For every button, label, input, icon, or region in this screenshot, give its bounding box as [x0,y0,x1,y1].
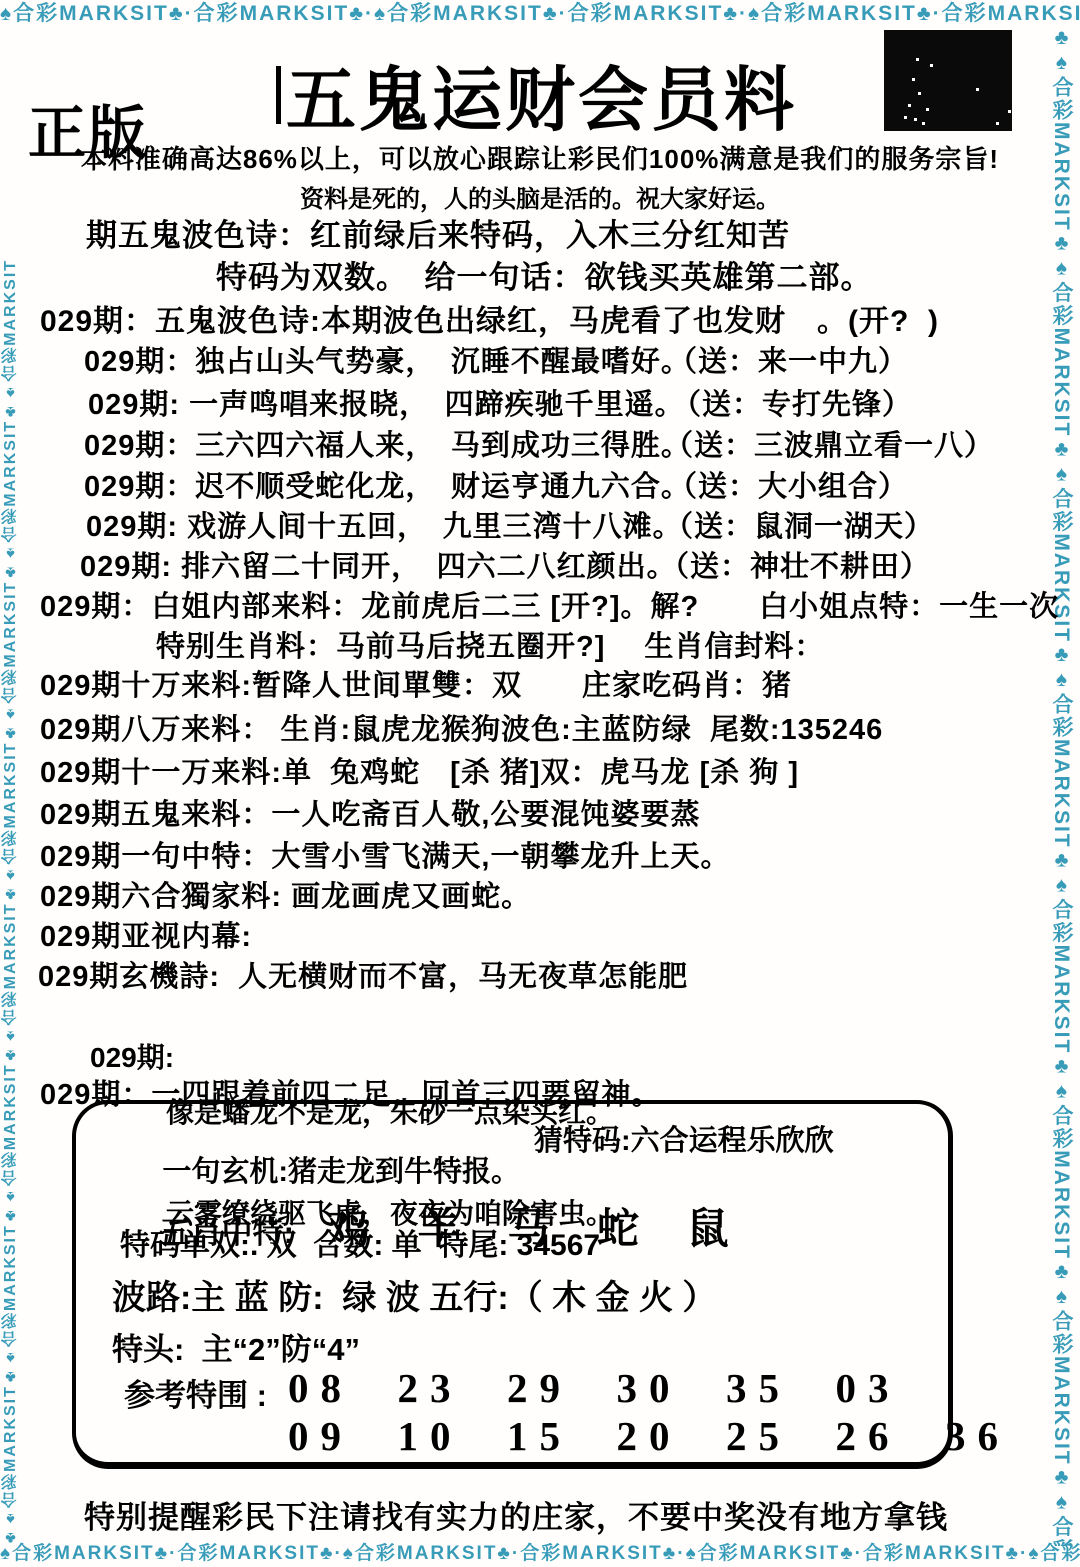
gift-note: （送：鼠洞一湖天） [664,504,934,545]
summary-box: 一句玄机:猪走龙到牛特报。 猜特码:六合运程乐欣欣 五肖中特:鸡 羊 马 蛇 鼠… [72,1100,953,1469]
gift-note: （送：神壮不耕田） [660,544,930,585]
tip-line-baijie: 029期：白姐内部来料：龙前虎后二三 [开?]。解? 白小姐点特：一生一次 [40,584,1059,625]
tip-line-yiju: 029期一句中特：大雪小雪飞满天,一朝攀龙升上天。 [40,834,730,875]
tip-line-verse-3: 029期：三六四六福人来， 马到成功三得胜。（送：三波鼎立看一八） [84,423,691,464]
tip-line-xuanji-poem: 029期玄機詩: 人无横财而不富，马无夜草怎能肥 [38,954,688,995]
danshuang-row: 特码单双:. 双 合数: 单 特尾: 34567 [120,1220,600,1264]
tip-line-verse-5: 029期: 戏游人间十五回， 九里三湾十八滩。（送：鼠洞一湖天） [86,504,683,545]
watermark-top-border: ♠合彩MARKSIT♣·合彩MARKSIT♣·♠合彩MARKSIT♣·合彩MAR… [0,0,1080,30]
tip-sheet-page: ♠合彩MARKSIT♣·合彩MARKSIT♣·♠合彩MARKSIT♣·合彩MAR… [0,0,1080,1567]
tip-line-wugui: 029期五鬼来料：一人吃斋百人敬,公要混饨婆要蒸 [40,792,700,833]
gift-note: （送：大小组合） [668,464,908,505]
tip-line-shengxiao: 特别生肖料：马前马后挠五圈开?] 生肖信封料： [156,624,824,665]
gift-note: （送：来一中九） [668,339,908,380]
watermark-left-border: ♣♠合彩MARKSIT♣♠合彩MARKSIT♣♠合彩MARKSIT♣♠合彩MAR… [0,26,24,1546]
tip-line-double: 特码为双数。 给一句话：欲钱买英雄第二部。 [216,252,873,297]
footer-warning: 特别提醒彩民下注请找有实力的庄家，不要中奖没有地方拿钱 [84,1492,948,1537]
tip-line-verse-1: 029期：独占山头气势豪， 沉睡不醒最嗜好。（送：来一中九） [84,339,691,380]
tip-line-yashi: 029期亚视内幕: [40,914,252,955]
tip-line-verse-4: 029期：迟不顺受蛇化龙， 财运亨通九六合。（送：大小组合） [84,464,691,505]
tip-line-verse-6: 029期: 排六留二十同开， 四六二八红颜出。（送：神壮不耕田） [80,544,677,585]
tewei-numbers-row1: 08 23 29 30 35 03 [288,1364,901,1412]
tewei-numbers-row2: 09 10 15 20 25 26 36 [288,1412,1010,1460]
watermark-bottom-border: ♠合彩MARKSIT♣·合彩MARKSIT♣·♠合彩MARKSIT♣·合彩MAR… [0,1542,1080,1567]
tetou-row: 特头: 主“2”防“4” [112,1324,360,1369]
tip-line-verse-2: 029期: 一声鸣唱来报晓， 四蹄疾驰千里遥。（送：专打先锋） [88,382,685,423]
bolu-row: 波路:主 蓝 防: 绿 波 五行:（ 木 金 火 ） [112,1270,716,1319]
black-ink-stamp [884,30,1012,131]
tip-line-shiwan: 029期十万来料:暂降人世间單雙：双 庄家吃码肖：猪 [40,663,792,704]
tip-line-shiyiwan: 029期十一万来料:单 兔鸡蛇 [杀 猪]双：虎马龙 [杀 狗 ] [40,750,799,791]
couplet-prefix: 029期: [90,1036,174,1076]
title-tick-mark [276,66,281,124]
tip-line-029-bose: 029期：五鬼波色诗:本期波色出绿红，马虎看了也发财 。(开? ) [40,296,939,340]
caitema-text: 猜特码:六合运程乐欣欣 [534,1118,834,1159]
tip-line-dujialiao: 029期六合獨家料: 画龙画虎又画蛇。 [40,874,531,915]
gift-note: （送：专打先锋） [672,382,912,423]
page-title: 五鬼运财会员料 [286,44,797,145]
motto-line: 资料是死的，人的头脑是活的。祝大家好运。 [0,179,1080,214]
accuracy-tagline: 本料准确高达86%以上，可以放心跟踪让彩民们100%满意是我们的服务宗旨! [0,139,1080,176]
gift-note: （送：三波鼎立看一八） [664,423,994,464]
watermark-right-border: ♣♠合彩MARKSIT♣♠合彩MARKSIT♣♠合彩MARKSIT♣♠合彩MAR… [1038,26,1080,1546]
tewei-label: 参考特围 : [124,1370,267,1415]
tip-line-bose-poem: 期五鬼波色诗：红前绿后来特码，入木三分红知苦 [86,210,790,255]
tip-line-bawan: 029期八万来料： 生肖:鼠虎龙猴狗波色:主蓝防绿 尾数:135246 [40,707,883,748]
